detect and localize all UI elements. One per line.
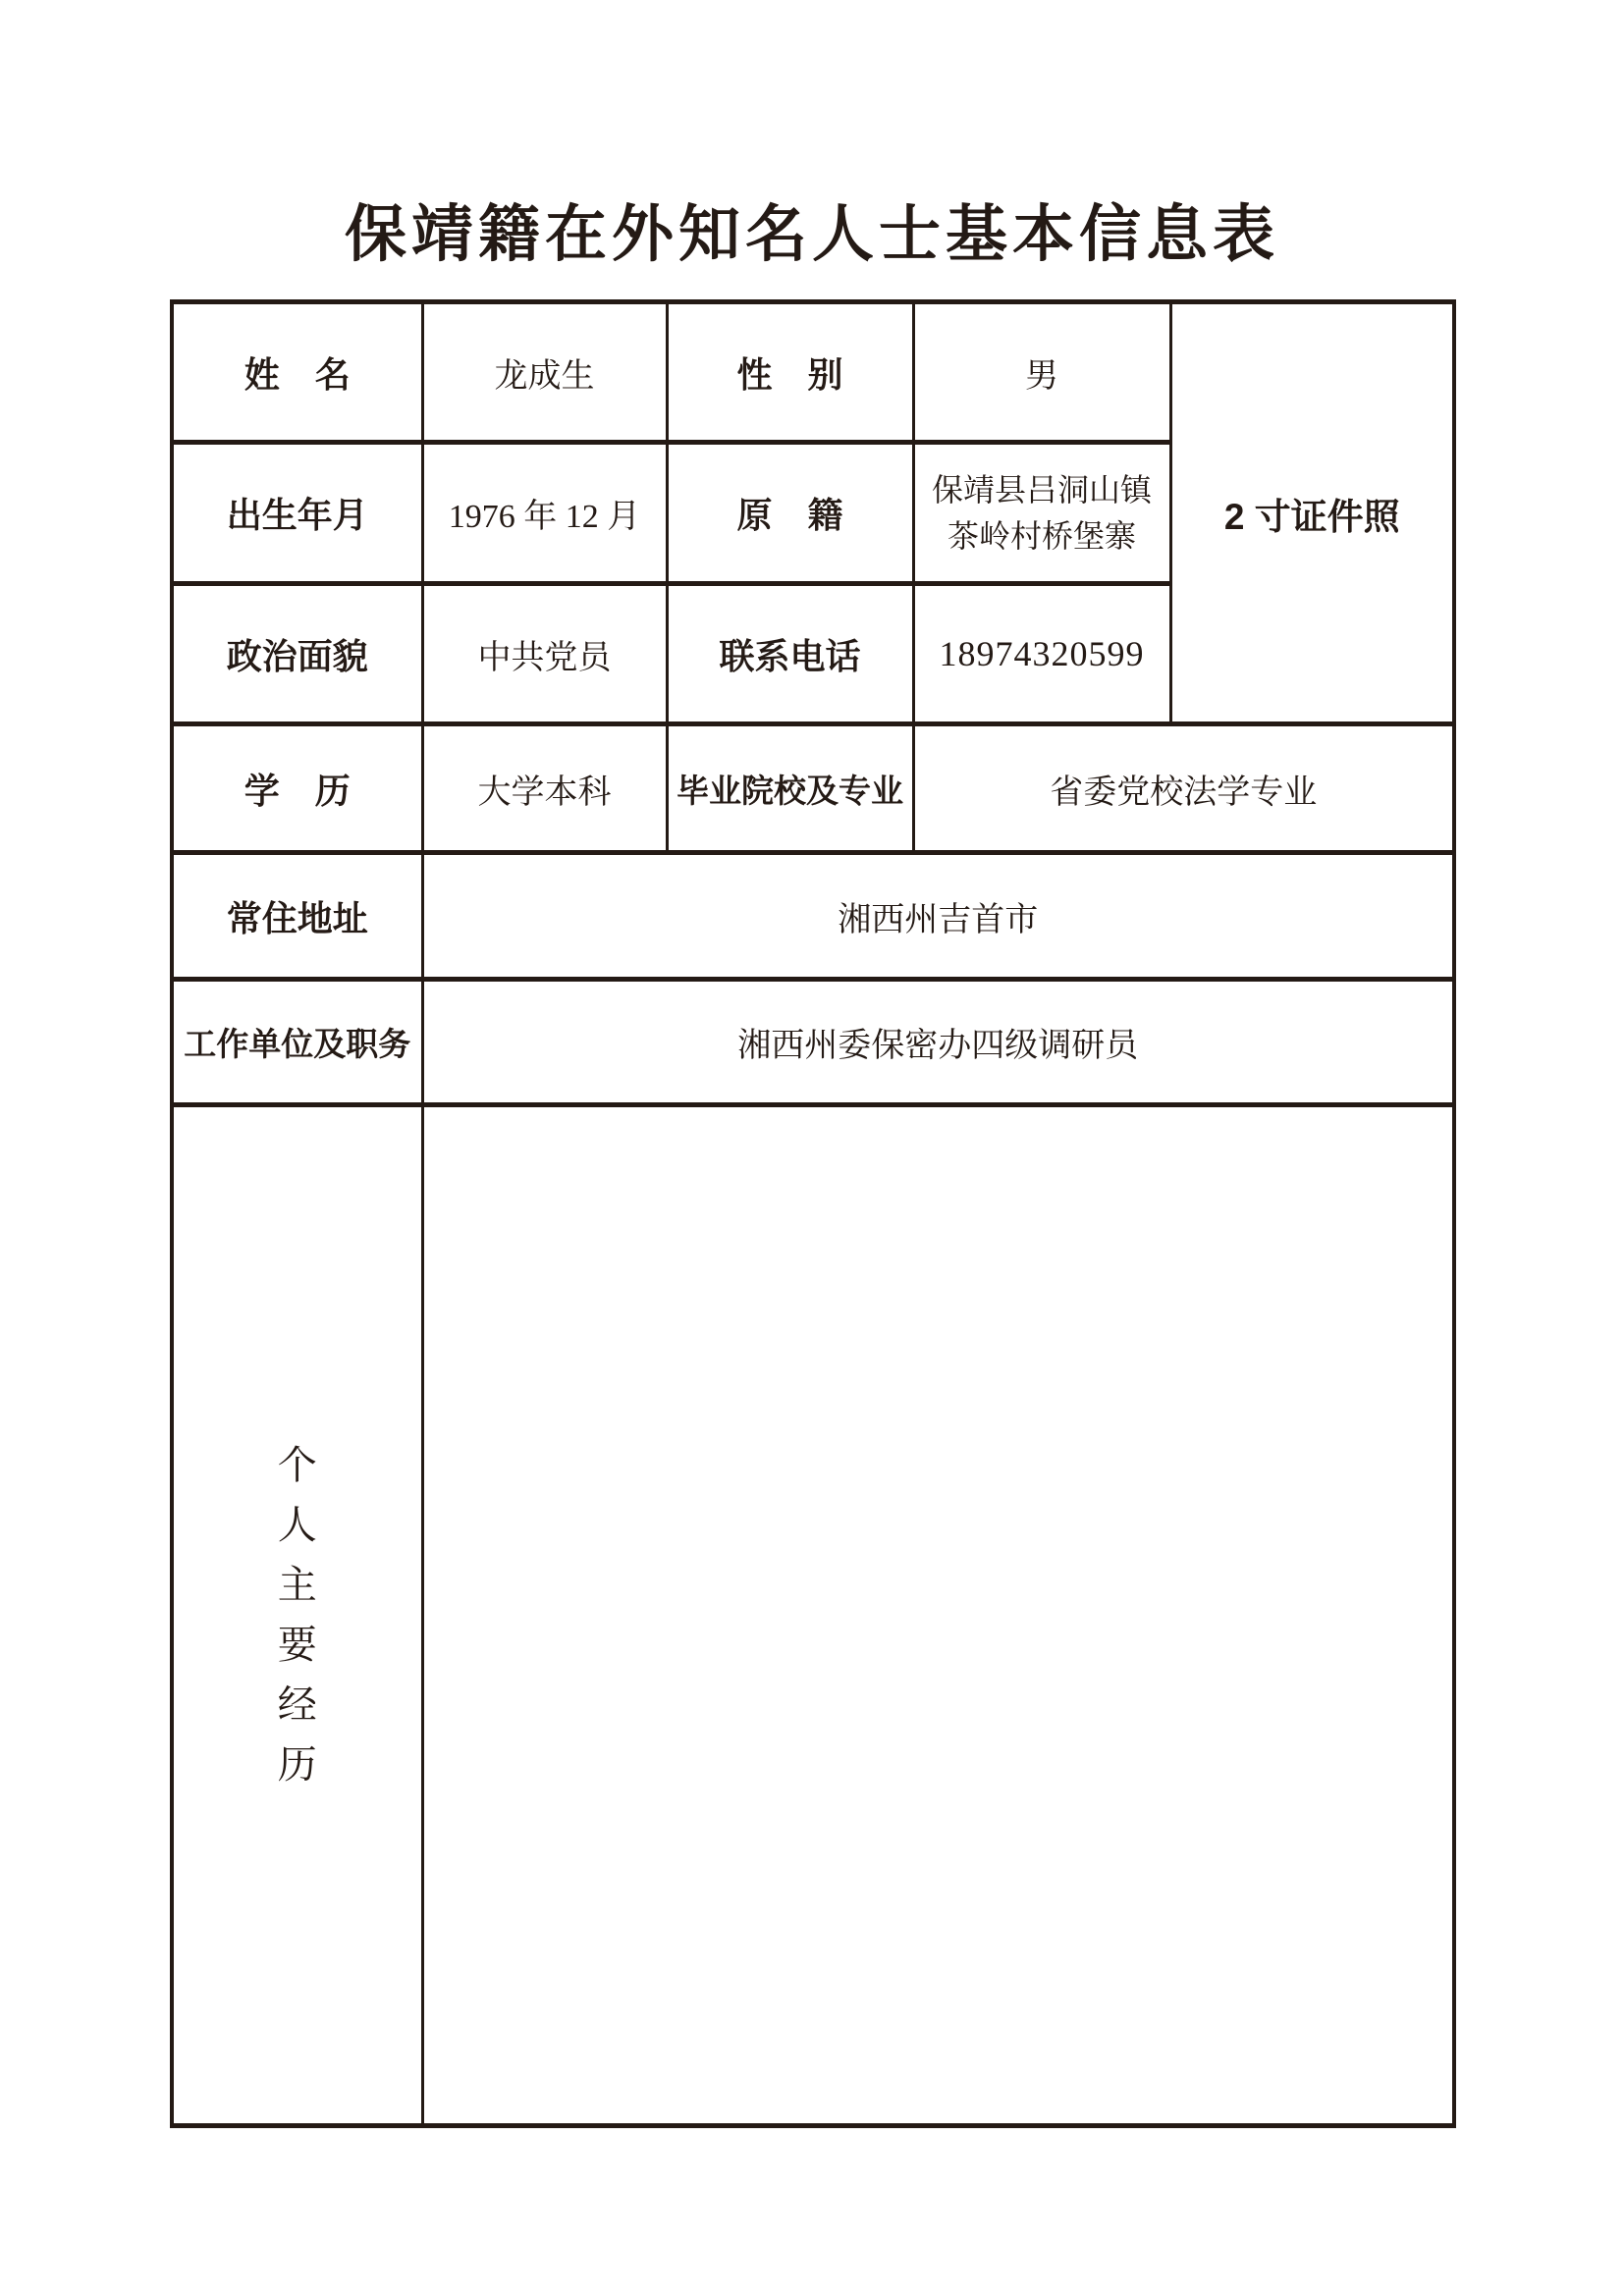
form-title: 保靖籍在外知名人士基本信息表	[0, 185, 1624, 274]
origin-value: 保靖县吕洞山镇茶岭村桥堡寨	[913, 443, 1170, 584]
row-experience: 个 人 主 要 经 历	[172, 1105, 1454, 2126]
gender-label: 性 别	[667, 302, 913, 443]
address-label: 常住地址	[172, 853, 422, 980]
document-page: 保靖籍在外知名人士基本信息表 姓 名 龙成生 性 别 男 2 寸证件照 出生年月	[0, 0, 1624, 2296]
experience-value	[422, 1105, 1454, 2126]
education-value: 大学本科	[422, 724, 667, 853]
photo-label: 2 寸证件照	[1224, 497, 1400, 537]
row-address: 常住地址 湘西州吉首市	[172, 853, 1454, 980]
experience-label-stack: 个 人 主 要 经 历	[180, 1446, 415, 1785]
experience-label-char: 主	[278, 1566, 317, 1605]
experience-label-char: 历	[278, 1745, 317, 1785]
row-name-gender: 姓 名 龙成生 性 别 男 2 寸证件照	[172, 302, 1454, 443]
name-label: 姓 名	[172, 302, 422, 443]
experience-label-char: 个	[278, 1446, 317, 1485]
school-label: 毕业院校及专业	[667, 724, 913, 853]
birth-label: 出生年月	[172, 443, 422, 584]
info-table: 姓 名 龙成生 性 别 男 2 寸证件照 出生年月 1976 年 12 月 原 …	[170, 299, 1456, 2128]
photo-placeholder-cell: 2 寸证件照	[1170, 302, 1454, 724]
political-value: 中共党员	[422, 584, 667, 724]
experience-label-char: 人	[278, 1506, 317, 1545]
work-label: 工作单位及职务	[172, 980, 422, 1105]
row-education-school: 学 历 大学本科 毕业院校及专业 省委党校法学专业	[172, 724, 1454, 853]
school-value: 省委党校法学专业	[913, 724, 1454, 853]
row-work: 工作单位及职务 湘西州委保密办四级调研员	[172, 980, 1454, 1105]
phone-label: 联系电话	[667, 584, 913, 724]
origin-label: 原 籍	[667, 443, 913, 584]
phone-value: 18974320599	[913, 584, 1170, 724]
name-value: 龙成生	[422, 302, 667, 443]
gender-value: 男	[913, 302, 1170, 443]
political-label: 政治面貌	[172, 584, 422, 724]
form-table-container: 姓 名 龙成生 性 别 男 2 寸证件照 出生年月 1976 年 12 月 原 …	[170, 299, 1456, 2128]
address-value: 湘西州吉首市	[422, 853, 1454, 980]
birth-value: 1976 年 12 月	[422, 443, 667, 584]
work-value: 湘西州委保密办四级调研员	[422, 980, 1454, 1105]
education-label: 学 历	[172, 724, 422, 853]
experience-label-char: 经	[278, 1685, 317, 1725]
experience-label: 个 人 主 要 经 历	[172, 1105, 422, 2126]
experience-label-char: 要	[278, 1626, 317, 1665]
